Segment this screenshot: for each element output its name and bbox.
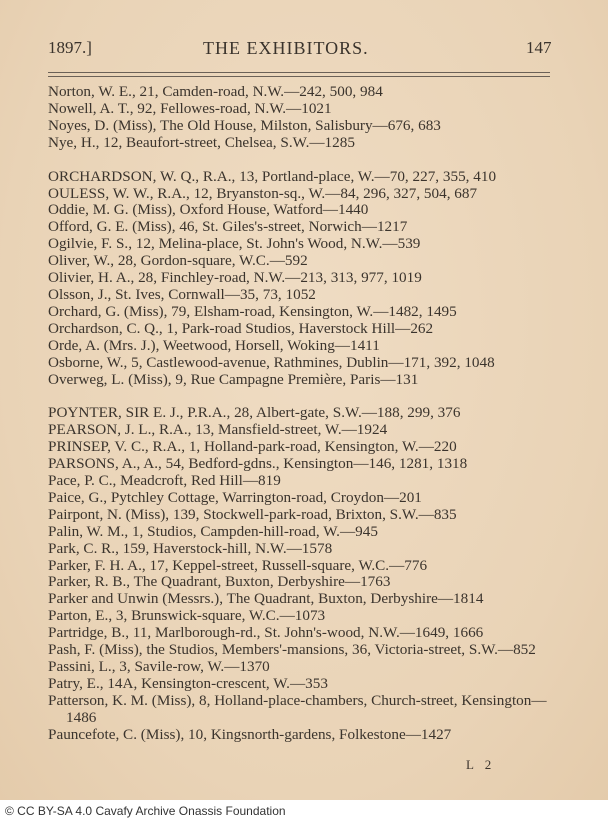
list-item: Orde, A. (Mrs. J.), Weetwood, Horsell, W… <box>48 338 558 355</box>
list-item: Partridge, B., 11, Marlborough-rd., St. … <box>48 625 558 642</box>
list-item: PEARSON, J. L., R.A., 13, Mansfield-stre… <box>48 422 558 439</box>
list-item: Nowell, A. T., 92, Fellowes-road, N.W.—1… <box>48 101 558 118</box>
list-item: Parton, E., 3, Brunswick-square, W.C.—10… <box>48 608 558 625</box>
list-item: Oliver, W., 28, Gordon-square, W.C.—592 <box>48 253 558 270</box>
list-item: POYNTER, SIR E. J., P.R.A., 28, Albert-g… <box>48 405 558 422</box>
section-gap <box>48 152 558 169</box>
credit-footer: © CC BY-SA 4.0 Cavafy Archive Onassis Fo… <box>0 800 608 824</box>
section-p: POYNTER, SIR E. J., P.R.A., 28, Albert-g… <box>48 405 558 743</box>
list-item: Park, C. R., 159, Haverstock-hill, N.W.—… <box>48 541 558 558</box>
list-item: Osborne, W., 5, Castlewood-avenue, Rathm… <box>48 355 558 372</box>
list-item: PARSONS, A., A., 54, Bedford-gdns., Kens… <box>48 456 558 473</box>
list-item: Passini, L., 3, Savile-row, W.—1370 <box>48 659 558 676</box>
list-item: Ogilvie, F. S., 12, Melina-place, St. Jo… <box>48 236 558 253</box>
list-item: Pace, P. C., Meadcroft, Red Hill—819 <box>48 473 558 490</box>
list-item: Oddie, M. G. (Miss), Oxford House, Watfo… <box>48 202 558 219</box>
list-item: Olivier, H. A., 28, Finchley-road, N.W.—… <box>48 270 558 287</box>
list-item: ORCHARDSON, W. Q., R.A., 13, Portland-pl… <box>48 169 558 186</box>
exhibitor-list: Norton, W. E., 21, Camden-road, N.W.—242… <box>48 84 558 744</box>
header-year: 1897.] <box>48 38 92 58</box>
list-item: Pash, F. (Miss), the Studios, Members'-m… <box>48 642 558 659</box>
running-header: 1897.] THE EXHIBITORS. 147 <box>48 38 472 62</box>
list-item: Orchard, G. (Miss), 79, Elsham-road, Ken… <box>48 304 558 321</box>
signature-mark: L 2 <box>466 757 495 773</box>
page-title: THE EXHIBITORS. <box>203 38 369 59</box>
list-item: Nye, H., 12, Beaufort-street, Chelsea, S… <box>48 135 558 152</box>
section-o: ORCHARDSON, W. Q., R.A., 13, Portland-pl… <box>48 169 558 389</box>
section-n: Norton, W. E., 21, Camden-road, N.W.—242… <box>48 84 558 152</box>
list-item: Pairpont, N. (Miss), 139, Stockwell-park… <box>48 507 558 524</box>
list-item: Noyes, D. (Miss), The Old House, Milston… <box>48 118 558 135</box>
list-item: Olsson, J., St. Ives, Cornwall—35, 73, 1… <box>48 287 558 304</box>
list-item: Offord, G. E. (Miss), 46, St. Giles's-st… <box>48 219 558 236</box>
section-gap <box>48 388 558 405</box>
list-item: Paice, G., Pytchley Cottage, Warrington-… <box>48 490 558 507</box>
header-double-rule <box>48 72 550 77</box>
list-item: PRINSEP, V. C., R.A., 1, Holland-park-ro… <box>48 439 558 456</box>
list-item: OULESS, W. W., R.A., 12, Bryanston-sq., … <box>48 186 558 203</box>
list-item: Palin, W. M., 1, Studios, Campden-hill-r… <box>48 524 558 541</box>
list-item: Parker, F. H. A., 17, Keppel-street, Rus… <box>48 558 558 575</box>
copyright-credit: © CC BY-SA 4.0 Cavafy Archive Onassis Fo… <box>5 804 286 818</box>
list-item: Parker, R. B., The Quadrant, Buxton, Der… <box>48 574 558 591</box>
list-item: Patterson, K. M. (Miss), 8, Holland-plac… <box>48 693 558 727</box>
book-page: 1897.] THE EXHIBITORS. 147 Norton, W. E.… <box>0 0 608 800</box>
list-item: Overweg, L. (Miss), 9, Rue Campagne Prem… <box>48 372 558 389</box>
list-item: Pauncefote, C. (Miss), 10, Kingsnorth-ga… <box>48 727 558 744</box>
list-item: Parker and Unwin (Messrs.), The Quadrant… <box>48 591 558 608</box>
list-item: Patry, E., 14A, Kensington-crescent, W.—… <box>48 676 558 693</box>
page-number: 147 <box>526 38 552 58</box>
list-item: Orchardson, C. Q., 1, Park-road Studios,… <box>48 321 558 338</box>
list-item: Norton, W. E., 21, Camden-road, N.W.—242… <box>48 84 558 101</box>
